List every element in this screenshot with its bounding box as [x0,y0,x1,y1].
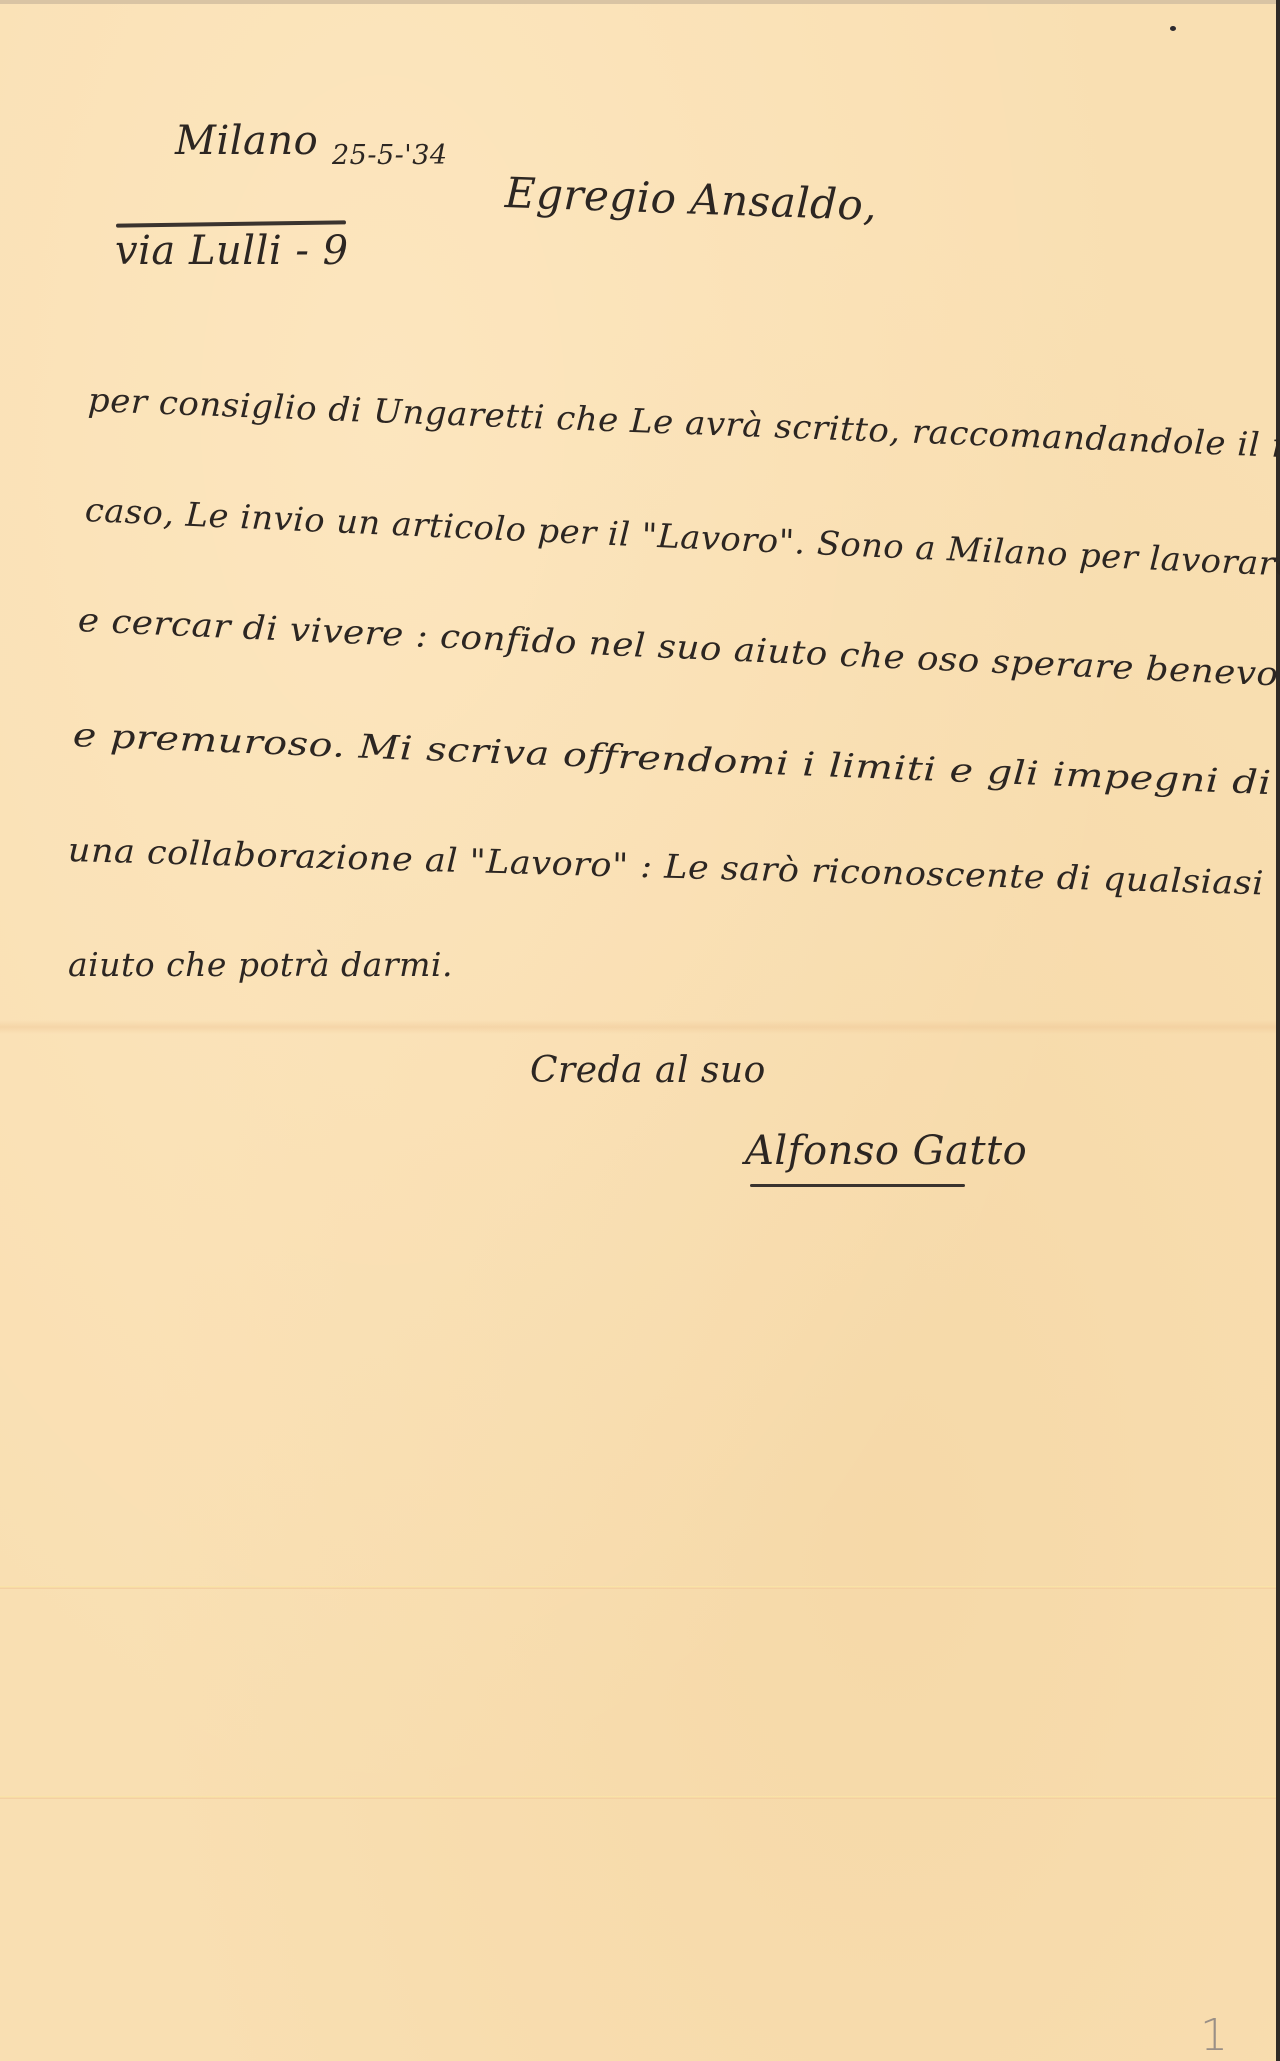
header-address: via Lulli - 9 [115,228,349,274]
letter-page: Milano 25-5-'34 via Lulli - 9 Egregio An… [0,0,1280,2061]
body-line: aiuto che potrà darmi. [68,945,453,984]
header-date: 25-5-'34 [332,140,448,171]
signature: Alfonso Gatto [745,1128,1027,1174]
page-number: 1 [1200,2010,1228,2061]
body-line: e cercar di vivere : confido nel suo aiu… [77,600,1280,695]
center-fold [0,1020,1276,1034]
crease-line-upper [0,1586,1276,1589]
salutation: Egregio Ansaldo, [504,168,878,230]
header-place: Milano [175,118,318,164]
body-line: per consiglio di Ungaretti che Le avrà s… [87,380,1280,467]
ink-speck [1170,26,1176,31]
page-top-edge [0,0,1276,4]
closing: Creda al suo [530,1050,766,1091]
body-line: caso, Le invio un articolo per il "Lavor… [84,490,1280,584]
body-line: e premuroso. Mi scriva offrendomi i limi… [72,715,1272,802]
header-underline [116,220,346,227]
body-line: una collaborazione al "Lavoro" : Le sarò… [67,830,1264,902]
signature-underline [750,1184,965,1187]
crease-line-lower [0,1796,1276,1799]
